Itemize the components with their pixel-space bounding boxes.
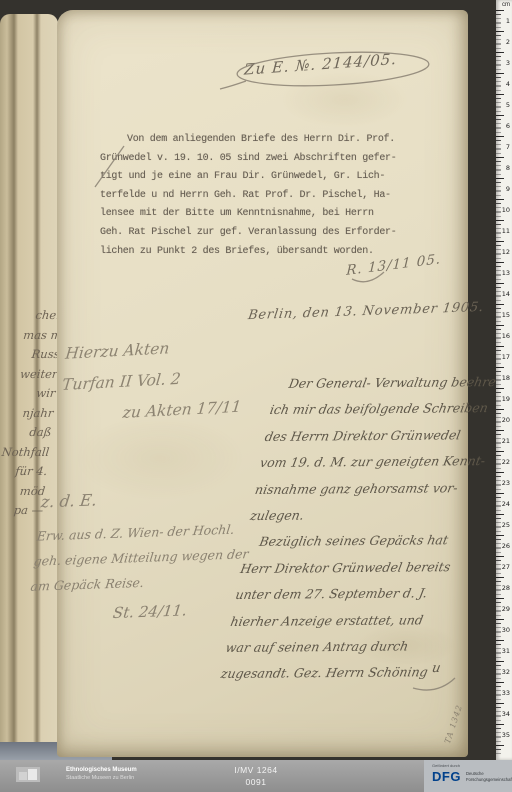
dfg-name-label: Deutsche Forschungsgemeinschaft (466, 771, 512, 782)
ruler-number: 31 (496, 641, 512, 662)
ruler-number: 23 (496, 473, 512, 494)
ruler-number: 30 (496, 620, 512, 641)
ruler-number: 13 (496, 263, 512, 284)
letter-line: Herr Direktor Grünwedel bereits (238, 554, 471, 582)
dfg-funding-block: Gefördert durch DFG Deutsche Forschungsg… (424, 760, 512, 792)
ruler-number: 7 (496, 137, 512, 158)
ruler-number: 34 (496, 704, 512, 725)
typed-line: lichen zu Punkt 2 des Briefes, übersandt… (100, 243, 405, 262)
digitization-footer-bar: Ethnologisches Museum Staatliche Museen … (0, 760, 512, 792)
ruler-number: 12 (496, 242, 512, 263)
letter-line: des Herrn Direktor Grünwedel (263, 422, 496, 450)
ruler-number: 8 (496, 158, 512, 179)
ruler-number: 14 (496, 284, 512, 305)
typed-line: Grünwedel v. 19. 10. 05 sind zwei Abschr… (100, 150, 405, 169)
ruler-number: 9 (496, 179, 512, 200)
ruler-number: 32 (496, 662, 512, 683)
margin-fragment: für 4. (0, 462, 48, 482)
ruler-number: 17 (496, 347, 512, 368)
letter-line: zugesandt. Gez. Herrn Schöning (218, 659, 451, 687)
letter-line: vom 19. d. M. zur geneigten Kennt- (258, 448, 491, 476)
typed-line: Von dem anliegenden Briefe des Herrn Dir… (100, 131, 405, 150)
ruler-number: 28 (496, 578, 512, 599)
typed-line: lensee mit der Bitte um Kenntnisnahme, b… (100, 205, 405, 224)
ruler-number: 10 (496, 200, 512, 221)
margin-fragment: möd (0, 482, 46, 502)
ruler-number: 2 (496, 32, 512, 53)
ruler-number: 22 (496, 452, 512, 473)
ruler-numbers: 1234567891011121314151617181920212223242… (496, 11, 512, 746)
ruler-number: 20 (496, 410, 512, 431)
ruler-number: 24 (496, 494, 512, 515)
letter-line: unter dem 27. September d. J. (233, 580, 466, 608)
pencil-memo-line: St. 24/11. (111, 597, 238, 626)
scanned-document-view: chenmas mRussweiterwirnjahrdaßNothfallfü… (0, 0, 512, 792)
letter-line: hierher Anzeige erstattet, und (228, 607, 461, 635)
letter-line: Der General- Verwaltung beehre (272, 369, 505, 397)
ruler-number: 11 (496, 221, 512, 242)
margin-fragment: wir (2, 384, 56, 404)
dfg-name-line2: Forschungsgemeinschaft (466, 777, 512, 783)
ruler-number: 5 (496, 95, 512, 116)
filing-note: Hierzu AktenTurfan II Vol. 2zu Akten 17/… (57, 329, 257, 433)
letter-line: zulegen. (248, 501, 481, 529)
ruler-number: 26 (496, 536, 512, 557)
ruler-number: 29 (496, 599, 512, 620)
letter-line: nisnahme ganz gehorsamst vor- (253, 475, 486, 503)
ruler-unit-label: cm (502, 2, 510, 8)
ruler-number: 3 (496, 53, 512, 74)
ruler-number: 1 (496, 11, 512, 32)
margin-fragment: Russ (6, 345, 60, 365)
ruler-number: 33 (496, 683, 512, 704)
margin-fragment: mas m (9, 326, 63, 346)
typed-line: Geh. Rat Pischel zur gef. Veranlassung d… (100, 224, 405, 243)
letter-line: ich mir das beifolgende Schreiben (267, 395, 500, 423)
ruler-number: 16 (496, 326, 512, 347)
typed-line: terfelde u nd Herrn Geh. Rat Prof. Dr. P… (100, 187, 405, 206)
letter-line: Bezüglich seines Gepäcks hat (243, 527, 476, 555)
pencil-memo: z. d. E.Erw. aus d. Z. Wien- der Hochl.g… (25, 482, 252, 629)
ruler-number: 25 (496, 515, 512, 536)
ruler-number: 4 (496, 74, 512, 95)
margin-fragment: njahr (0, 404, 54, 424)
letter-line: war auf seinen Antrag durch (223, 633, 456, 661)
typed-line: tigt und je eine an Frau Dir. Grünwedel,… (100, 168, 405, 187)
ruler-number: 35 (496, 725, 512, 746)
ruler-number: 21 (496, 431, 512, 452)
margin-fragment: pa — (0, 501, 44, 521)
ruler-number: 19 (496, 389, 512, 410)
funding-prefix-label: Gefördert durch (432, 763, 460, 768)
margin-fragment: weiter (4, 365, 58, 385)
ruler-number: 15 (496, 305, 512, 326)
dfg-logo: DFG (432, 769, 461, 784)
ruler-number: 18 (496, 368, 512, 389)
margin-fragment: daß (0, 423, 52, 443)
margin-fragment: Nothfall (0, 443, 50, 463)
ruler-number: 27 (496, 557, 512, 578)
typed-paragraph: Von dem anliegenden Briefe des Herrn Dir… (100, 131, 405, 261)
ruler-number: 6 (496, 116, 512, 137)
measurement-ruler: cm 1234567891011121314151617181920212223… (496, 0, 512, 760)
